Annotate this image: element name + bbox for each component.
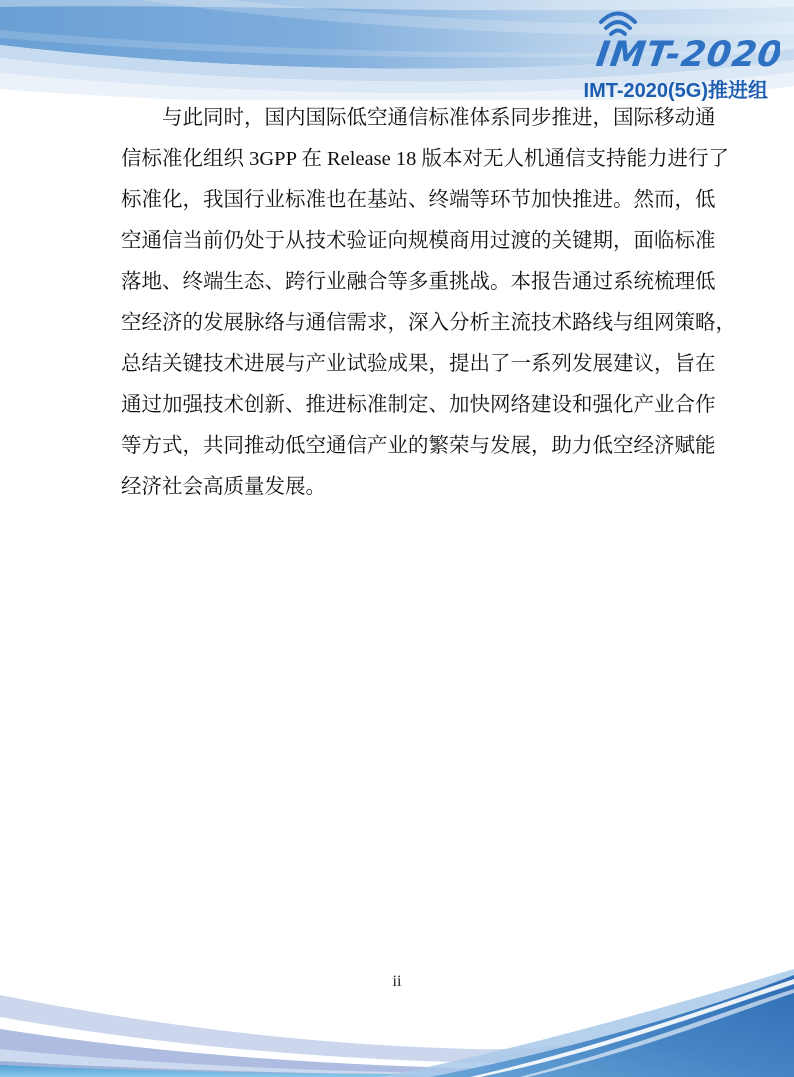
paragraph-line: 落地、终端生态、跨行业融合等多重挑战。本报告通过系统梳理低 [121,262,681,303]
paragraph-line: 经济社会高质量发展。 [121,467,681,508]
logo-mark: IMT-2020 [573,8,780,74]
paragraph-line: 等方式，共同推动低空通信产业的繁荣与发展，助力低空经济赋能 [121,426,681,467]
paragraph-line: 标准化，我国行业标准也在基站、终端等环节加快推进。然而，低 [121,180,681,221]
body-paragraph: 与此同时，国内国际低空通信标准体系同步推进，国际移动通 信标准化组织 3GPP … [121,98,681,508]
imt2020-logo: IMT-2020 IMT-2020(5G)推进组 [573,8,780,103]
document-page: IMT-2020 IMT-2020(5G)推进组 与此同时，国内国际低空通信标准… [0,0,794,1077]
paragraph-line: 总结关键技术进展与产业试验成果，提出了一系列发展建议，旨在 [121,344,681,385]
paragraph-line: 与此同时，国内国际低空通信标准体系同步推进，国际移动通 [121,98,681,139]
page-number: ii [0,973,794,991]
paragraph-line: 通过加强技术创新、推进标准制定、加快网络建设和强化产业合作 [121,385,681,426]
paragraph-line: 信标准化组织 3GPP 在 Release 18 版本对无人机通信支持能力进行了 [121,139,681,180]
wifi-signal-icon [601,14,635,35]
paragraph-line: 空经济的发展脉络与通信需求，深入分析主流技术路线与组网策略， [121,303,681,344]
logo-brand-text: IMT-2020 [594,34,780,74]
paragraph-line: 空通信当前仍处于从技术验证向规模商用过渡的关键期，面临标准 [121,221,681,262]
